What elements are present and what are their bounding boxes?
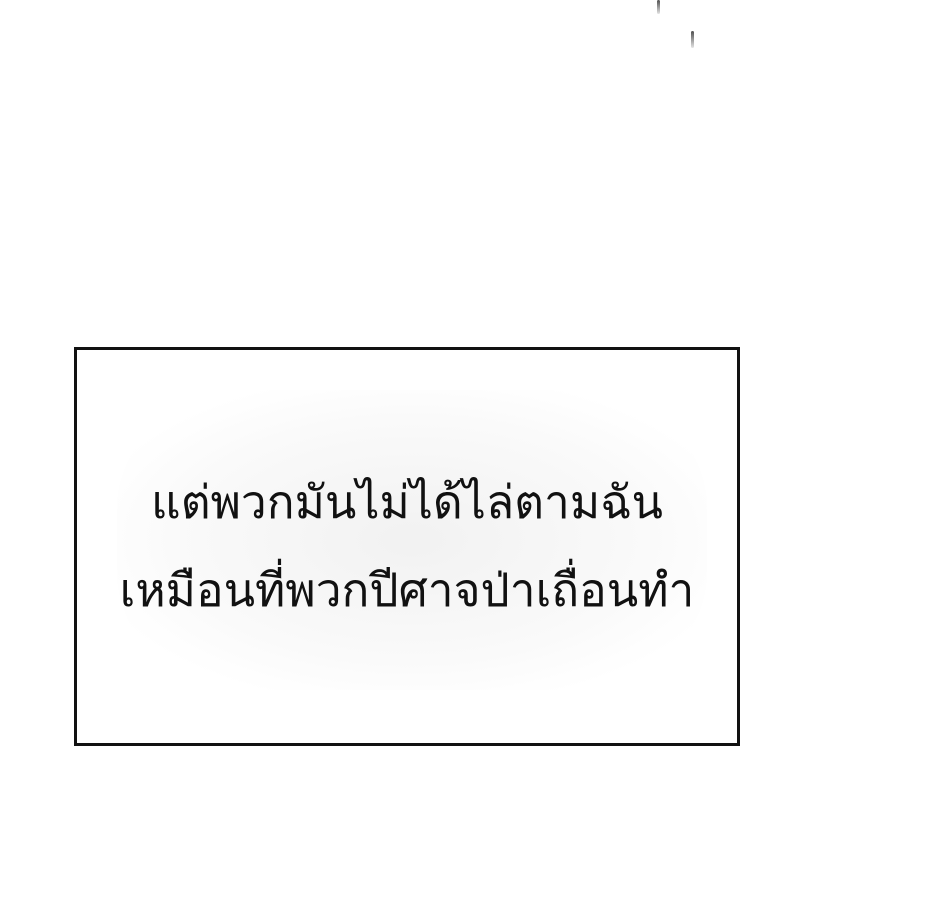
narration-box: แต่พวกมันไม่ได้ไล่ตามฉัน เหมือนที่พวกปีศ… bbox=[74, 347, 740, 746]
narration-line-1: แต่พวกมันไม่ได้ไล่ตามฉัน bbox=[77, 458, 737, 546]
speed-line-mark bbox=[691, 31, 694, 48]
speed-line-mark bbox=[657, 0, 660, 14]
narration-text: แต่พวกมันไม่ได้ไล่ตามฉัน เหมือนที่พวกปีศ… bbox=[77, 458, 737, 634]
narration-line-2: เหมือนที่พวกปีศาจป่าเถื่อนทำ bbox=[77, 546, 737, 634]
